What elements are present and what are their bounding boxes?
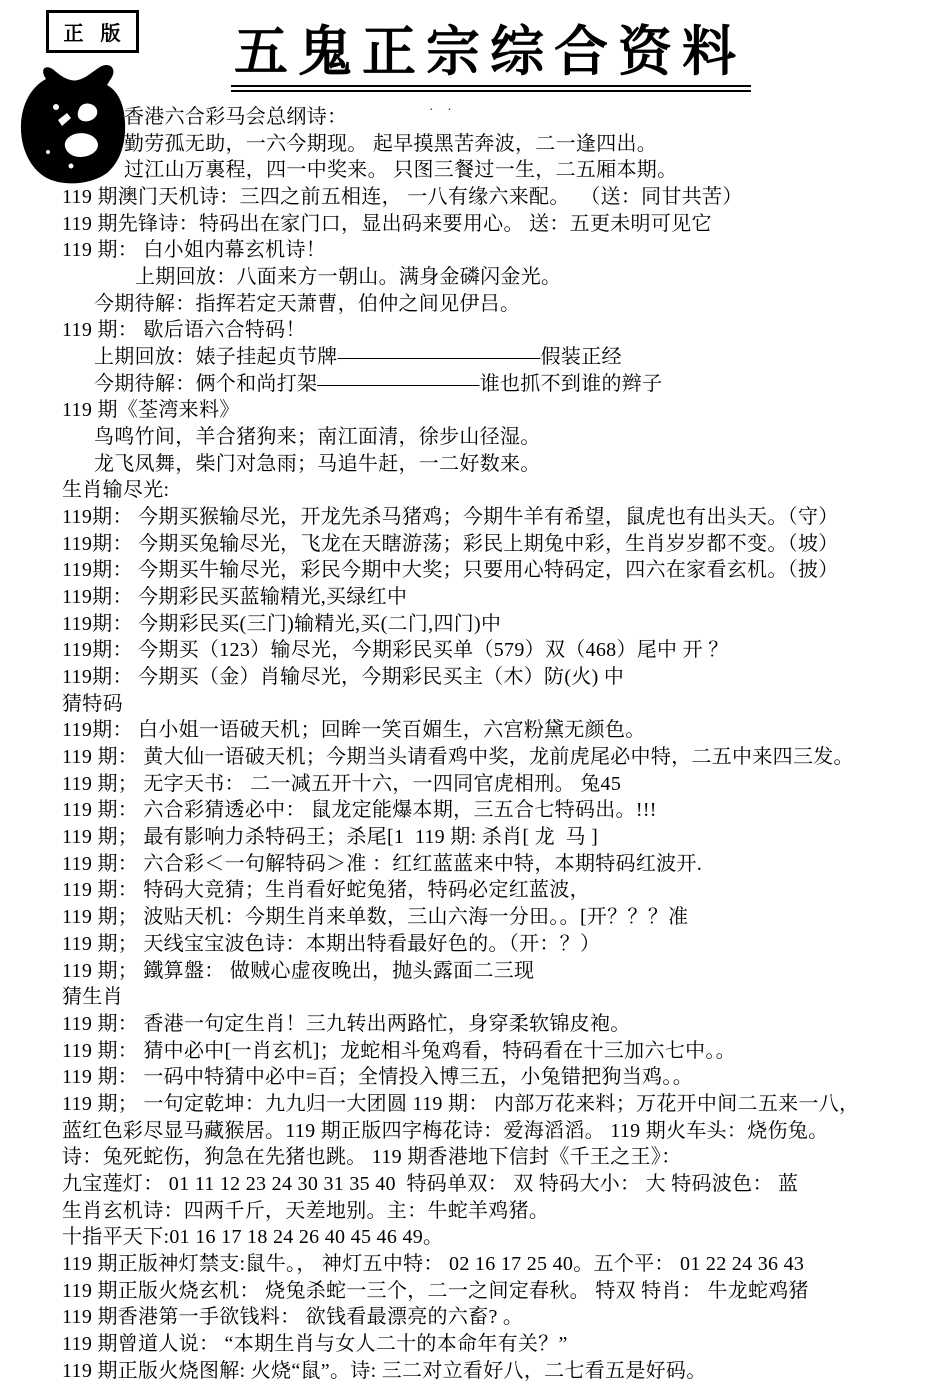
text-line: 119期： 今期买牛输尽光，彩民今期中大奖；只要用心特码定，四六在家看玄机。（披…: [0, 557, 939, 584]
text-line: 119 期； 鐵算盤： 做贼心虚夜晚出，抛头露面二三现: [0, 958, 939, 985]
text-line: 119 期正版神灯禁支:鼠牛。， 神灯五中特： 02 16 17 25 40。五…: [0, 1251, 939, 1278]
text-line: 119期： 今期彩民买(三门)输精光,买(二门,四门)中: [0, 611, 939, 638]
text-line: 生肖输尽光:: [0, 477, 939, 504]
text-line: 119 期澳门天机诗：三四之前五相连， 一八有缘六来配。 （送：同甘共苦）: [0, 184, 939, 211]
text-line: 119 期： 黄大仙一语破天机；今期当头请看鸡中奖，龙前虎尾必中特，二五中来四三…: [0, 744, 939, 771]
text-line: 119 期： 歇后语六合特码！: [0, 317, 939, 344]
text-line: 119期： 今期买（金）肖输尽光，今期彩民买主（木）防(火) 中: [0, 664, 939, 691]
text-line: 119 期： 特码大竞猜；生肖看好蛇兔猪，特码必定红蓝波，: [0, 877, 939, 904]
text-line: 龙飞凤舞，柴门对急雨；马追牛赶，一二好数来。: [0, 451, 939, 478]
text-line: 119 期《荃湾来料》: [0, 397, 939, 424]
text-line: 猜生肖: [0, 984, 939, 1011]
text-line: 九宝莲灯： 01 11 12 23 24 30 31 35 40 特码单双： 双…: [0, 1171, 939, 1198]
text-line: 十指平天下:01 16 17 18 24 26 40 45 46 49。: [0, 1224, 939, 1251]
text-line: 119 期： 六合彩＜一句解特码＞准 ：红红蓝蓝来中特，本期特码红波开.: [0, 851, 939, 878]
text-line: 上期回放：婊子挂起贞节牌——————————假装正经: [0, 344, 939, 371]
text-line: 119 期香港第一手欲钱料： 欲钱看最漂亮的六畜? 。: [0, 1304, 939, 1331]
text-line: 119 期： 六合彩猜透必中： 鼠龙定能爆本期，三五合七特码出。!!!: [0, 797, 939, 824]
text-line: 119期： 白小姐一语破天机；回眸一笑百媚生，六宫粉黛无颜色。: [0, 717, 939, 744]
text-line: 猜特码: [0, 691, 939, 718]
text-line: 119 期： 香港一句定生肖！三九转出两路忙，身穿柔软锦皮袍。: [0, 1011, 939, 1038]
text-line: 今期待解：俩个和尚打架————————谁也抓不到谁的辫子: [0, 371, 939, 398]
text-line: 119 期； 天线宝宝波色诗：本期出特看最好色的。（开：？）: [0, 931, 939, 958]
text-line: 119 期： 猜中必中[一肖玄机]；龙蛇相斗兔鸡看，特码看在十三加六七中。。: [0, 1038, 939, 1065]
text-line: 蓝红色彩尽显马藏猴居。119 期正版四字梅花诗：爱海滔滔。 119 期火车头：烧…: [0, 1118, 939, 1145]
text-line: 119期： 今期买兔输尽光，飞龙在天瞎游荡；彩民上期兔中彩，生肖岁岁都不变。（坡…: [0, 531, 939, 558]
content-lines: 香港六合彩马会总纲诗：勤劳孤无助，一六今期现。 起早摸黑苦奔波，二一逢四出。过江…: [0, 104, 939, 1384]
text-line: 119 期： 白小姐内幕玄机诗！: [0, 237, 939, 264]
text-line: 119期： 今期买（123）输尽光，今期彩民买单（579）双（468）尾中 开 …: [0, 637, 939, 664]
text-line: 香港六合彩马会总纲诗：: [0, 104, 939, 131]
text-line: 119 期； 波贴天机：今期生肖来单数，三山六海一分田。。[开？？？准: [0, 904, 939, 931]
authentic-badge: 正 版: [46, 10, 139, 53]
text-line: 生肖玄机诗：四两千斤，天差地别。主：牛蛇羊鸡猪。: [0, 1198, 939, 1225]
text-line: 诗：兔死蛇伤，狗急在先猪也跳。 119 期香港地下信封《千王之王》：: [0, 1144, 939, 1171]
lottery-tips-page: 正 版 五鬼正宗综合资料 · · 香港六合彩马会总纲诗：勤劳孤无助，一六今期现。…: [0, 0, 939, 1388]
text-line: 119 期； 最有影响力杀特码王；杀尾[1 119 期: 杀肖[ 龙 马 ]: [0, 824, 939, 851]
text-line: 119期： 今期彩民买蓝输精光,买绿红中: [0, 584, 939, 611]
text-line: 119 期； 一句定乾坤：九九归一大团圆 119 期： 内部万花来料；万花开中间…: [0, 1091, 939, 1118]
text-line: 119 期先锋诗：特码出在家门口，显出码来要用心。 送：五更未明可见它: [0, 211, 939, 238]
text-line: 过江山万裏程，四一中奖来。 只图三餐过一生，二五厢本期。: [0, 157, 939, 184]
text-line: 今期待解：指挥若定天萧曹，伯仲之间见伊吕。: [0, 291, 939, 318]
authentic-badge-label: 正 版: [64, 17, 127, 46]
text-line: 119 期： 一码中特猜中必中=百；全情投入博三五，小兔错把狗当鸡。。: [0, 1064, 939, 1091]
text-line: 119 期正版火烧玄机： 烧兔杀蛇一三个，二一之间定春秋。 特双 特肖： 牛龙蛇…: [0, 1278, 939, 1305]
text-line: 119 期正版火烧图解: 火烧“鼠”。诗: 三二对立看好八，二七看五是好码。: [0, 1358, 939, 1385]
text-line: 119期： 今期买猴输尽光，开龙先杀马猪鸡；今期牛羊有希望，鼠虎也有出头天。（守…: [0, 504, 939, 531]
text-line: 勤劳孤无助，一六今期现。 起早摸黑苦奔波，二一逢四出。: [0, 131, 939, 158]
text-line: 鸟鸣竹间，羊合猪狗来；南江面清，徐步山径湿。: [0, 424, 939, 451]
text-line: 119 期； 无字天书： 二一减五开十六，一四同官虎相刑。 兔45: [0, 771, 939, 798]
text-line: 上期回放：八面来方一朝山。满身金磷闪金光。: [0, 264, 939, 291]
text-line: 119 期曾道人说： “本期生肖与女人二十的本命年有关？”: [0, 1331, 939, 1358]
page-title: 五鬼正宗综合资料: [231, 22, 751, 92]
